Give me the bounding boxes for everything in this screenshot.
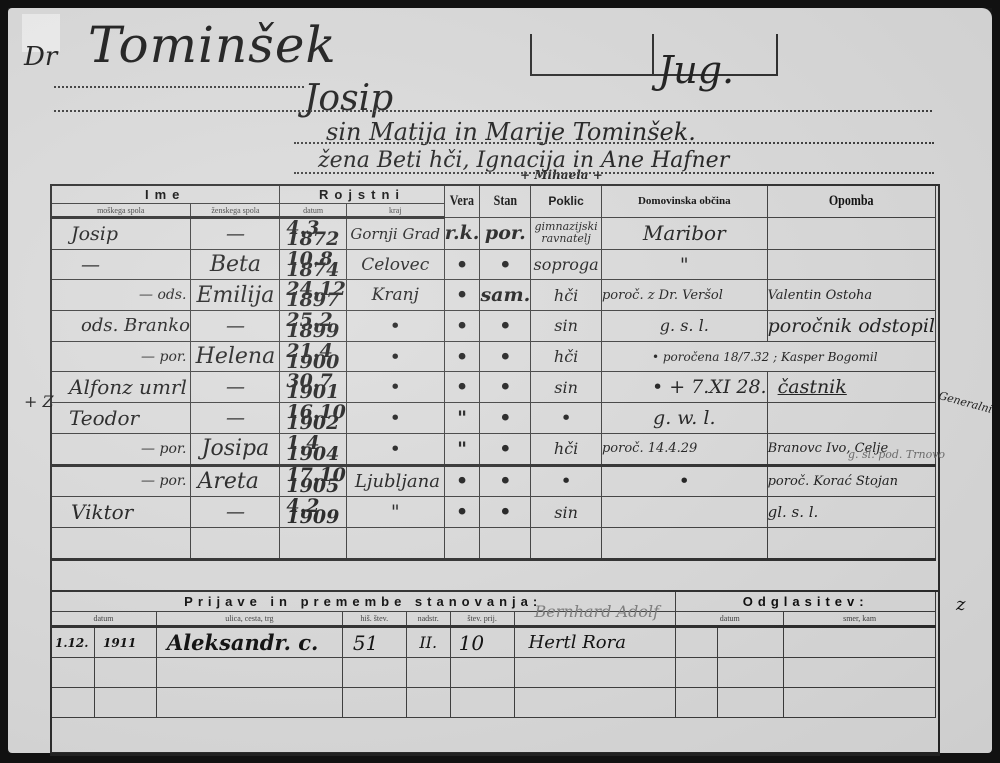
female-name: Emilija xyxy=(191,280,280,311)
home-municipality: • poročena 18/7.32 ; Kasper Bogomil xyxy=(601,341,935,372)
female-name: — xyxy=(191,218,280,250)
occupation: • xyxy=(531,403,602,434)
empty-cell xyxy=(51,527,191,559)
res-street: Aleksandr. c. xyxy=(156,627,342,658)
birth-date: 21.4 1900 xyxy=(280,341,347,372)
male-name: — por. xyxy=(51,465,191,497)
res-reg-no: 10 xyxy=(450,627,514,658)
religion: • xyxy=(444,311,480,342)
res-owner: Hertl Rora xyxy=(514,627,676,658)
empty-cell xyxy=(342,688,406,718)
empty-cell xyxy=(94,688,156,718)
table-row: Alfonz umrl — 30.7 1901 • • • sin • + 7.… xyxy=(51,372,936,403)
subheader-place: kraj xyxy=(346,204,444,218)
res-year: 1911 xyxy=(94,627,156,658)
empty-cell xyxy=(601,527,767,559)
family-table: Ime Rojstni Vera Stan Poklic Domovinska … xyxy=(50,184,936,561)
male-name: — ods. xyxy=(51,280,191,311)
subheader-street: ulica, cesta, trg xyxy=(156,612,342,627)
male-name: — por. xyxy=(51,433,191,465)
subheader-odgl-date: datum xyxy=(676,612,784,627)
surname: Tominšek xyxy=(88,16,337,74)
subheader-owner: Bernhard Adolf xyxy=(514,612,676,627)
registration-card: Dr Tominšek Jug. Josip sin Matija in Mar… xyxy=(8,8,992,753)
table-row: ods. Branko — 25.2 1899 • • • sin g. s. … xyxy=(51,311,936,342)
title-prefix: Dr xyxy=(24,42,57,72)
header-rojstni: Rojstni xyxy=(280,185,444,204)
birth-place: Ljubljana xyxy=(346,465,444,497)
empty-cell xyxy=(450,658,514,688)
occupation: gimnazijski ravnatelj xyxy=(531,218,602,250)
female-name: — xyxy=(191,497,280,528)
birth-date: 30.7 1901 xyxy=(280,372,347,403)
empty-cell xyxy=(767,527,935,559)
remark: Valentin Ostoha xyxy=(767,280,935,311)
number-box-value: Jug. xyxy=(658,48,734,92)
empty-cell xyxy=(406,658,450,688)
subheader-female: ženskega spola xyxy=(191,204,280,218)
home-municipality: Maribor xyxy=(601,218,767,250)
birth-place: Kranj xyxy=(346,280,444,311)
empty-cell xyxy=(346,527,444,559)
status: • xyxy=(480,465,531,497)
empty-cell xyxy=(676,688,718,718)
male-name: Alfonz umrl xyxy=(51,372,191,403)
empty-cell xyxy=(156,658,342,688)
male-name: — por. xyxy=(51,341,191,372)
status: • xyxy=(480,497,531,528)
religion: r.k. xyxy=(444,218,480,250)
religion: • xyxy=(444,497,480,528)
religion: " xyxy=(444,433,480,465)
given-name: Josip xyxy=(304,78,393,119)
occupation: sin xyxy=(531,372,602,403)
odgl-day xyxy=(676,627,718,658)
birth-place: • xyxy=(346,372,444,403)
spouse-correction: + Mihaela + xyxy=(520,168,603,182)
header-domovinska: Domovinska občina xyxy=(601,185,767,218)
birth-place: • xyxy=(346,341,444,372)
birth-date: 24.12 1897 xyxy=(280,280,347,311)
empty-cell xyxy=(51,658,95,688)
female-name: Beta xyxy=(191,249,280,280)
number-box: Jug. xyxy=(530,34,778,76)
remark: častnik xyxy=(767,372,935,403)
male-name: Josip xyxy=(51,218,191,250)
birth-date: 16.10 1902 xyxy=(280,403,347,434)
subheader-reg-no: štev. prij. xyxy=(450,612,514,627)
table-row: — ods. Emilija 24.12 1897 Kranj • sam. h… xyxy=(51,280,936,311)
male-name: Teodor xyxy=(51,403,191,434)
table-row: Teodor — 16.10 1902 • " • • g. w. l. xyxy=(51,403,936,434)
status: • xyxy=(480,403,531,434)
empty-cell xyxy=(480,527,531,559)
birth-date: 1.4 1904 xyxy=(280,433,347,465)
birth-date: 4.3 1872 xyxy=(280,218,347,250)
margin-note-alfonz: + Z xyxy=(24,392,54,411)
empty-cell xyxy=(531,527,602,559)
remark: gl. s. l. xyxy=(767,497,935,528)
odgl-direction xyxy=(784,627,936,658)
female-name: Areta xyxy=(191,465,280,497)
male-name: Viktor xyxy=(51,497,191,528)
birth-date: 17.10 1905 xyxy=(280,465,347,497)
empty-cell xyxy=(51,688,95,718)
religion: " xyxy=(444,403,480,434)
remark: poročnik odstopil xyxy=(767,311,935,342)
remark xyxy=(767,249,935,280)
remark xyxy=(767,403,935,434)
status: • xyxy=(480,372,531,403)
religion: • xyxy=(444,280,480,311)
religion: • xyxy=(444,465,480,497)
empty-cell xyxy=(342,658,406,688)
occupation: hči xyxy=(531,341,602,372)
male-name: — xyxy=(51,249,191,280)
subheader-res-date: datum xyxy=(51,612,157,627)
home-municipality: • + 7.XI 28. xyxy=(601,372,767,403)
home-municipality: • xyxy=(601,465,767,497)
religion: • xyxy=(444,249,480,280)
home-municipality: g. s. l. xyxy=(601,311,767,342)
female-name: — xyxy=(191,403,280,434)
occupation: hči xyxy=(531,433,602,465)
empty-cell xyxy=(156,688,342,718)
home-municipality: poroč. 14.4.29 xyxy=(601,433,767,465)
religion: • xyxy=(444,341,480,372)
birth-date: 10.8 1874 xyxy=(280,249,347,280)
birth-place: Celovec xyxy=(346,249,444,280)
male-name: ods. Branko xyxy=(51,311,191,342)
subheader-direction: smer, kam xyxy=(784,612,936,627)
female-name: — xyxy=(191,372,280,403)
residence-row: 1.12. 1911 Aleksandr. c. 51 II. 10 Hertl… xyxy=(51,627,936,658)
parents-dotline xyxy=(294,142,934,144)
status: • xyxy=(480,433,531,465)
home-municipality xyxy=(601,497,767,528)
female-name: Josipa xyxy=(191,433,280,465)
home-municipality: poroč. z Dr. Veršol xyxy=(601,280,767,311)
margin-note-generalni: Generalni xyxy=(937,389,993,416)
status: • xyxy=(480,341,531,372)
header-poklic: Poklic xyxy=(531,185,602,218)
empty-cell xyxy=(784,688,936,718)
religion: • xyxy=(444,372,480,403)
occupation: sin xyxy=(531,497,602,528)
birth-place: • xyxy=(346,433,444,465)
residence-table: Prijave in premembe stanovanja: Odglasit… xyxy=(50,590,936,718)
table-row: — por. Areta 17.10 1905 Ljubljana • • • … xyxy=(51,465,936,497)
birth-date: 25.2 1899 xyxy=(280,311,347,342)
birth-place: • xyxy=(346,311,444,342)
subheader-floor: nadstr. xyxy=(406,612,450,627)
table-row: Josip — 4.3 1872 Gornji Grad r.k. por. g… xyxy=(51,218,936,250)
empty-cell xyxy=(718,688,784,718)
empty-cell xyxy=(444,527,480,559)
birth-date: 4.2 1909 xyxy=(280,497,347,528)
remark: poroč. Korać Stojan xyxy=(767,465,935,497)
subheader-male: moškega spola xyxy=(51,204,191,218)
header-stan: Stan xyxy=(485,185,526,218)
odgl-date xyxy=(718,627,784,658)
occupation: sin xyxy=(531,311,602,342)
home-municipality: " xyxy=(601,249,767,280)
empty-cell xyxy=(94,658,156,688)
status: sam. xyxy=(480,280,531,311)
empty-cell xyxy=(191,527,280,559)
remark xyxy=(767,218,935,250)
status: • xyxy=(480,249,531,280)
owner-faint-name: Bernhard Adolf xyxy=(535,602,659,621)
status: por. xyxy=(480,218,531,250)
birth-place: • xyxy=(346,403,444,434)
res-day: 1.12. xyxy=(51,627,95,658)
empty-cell xyxy=(784,658,936,688)
margin-mark: z xyxy=(956,594,965,615)
header-ime: Ime xyxy=(51,185,280,204)
birth-place: " xyxy=(346,497,444,528)
empty-cell xyxy=(676,658,718,688)
female-name: — xyxy=(191,311,280,342)
subheader-date: datum xyxy=(280,204,347,218)
table-row: — por. Josipa 1.4 1904 • " • hči poroč. … xyxy=(51,433,936,465)
female-name: Helena xyxy=(191,341,280,372)
table-row xyxy=(51,527,936,559)
deregistration-title: Odglasitev: xyxy=(676,591,936,612)
table-row: — Beta 10.8 1874 Celovec • • soproga " xyxy=(51,249,936,280)
res-floor: II. xyxy=(406,627,450,658)
status: • xyxy=(480,311,531,342)
header-opomba: Opomba xyxy=(784,185,919,218)
empty-cell xyxy=(514,658,676,688)
res-house-no: 51 xyxy=(342,627,406,658)
given-name-line xyxy=(54,110,932,112)
residence-row xyxy=(51,688,936,718)
table-row: Viktor — 4.2 1909 " • • sin gl. s. l. xyxy=(51,497,936,528)
occupation: hči xyxy=(531,280,602,311)
empty-cell xyxy=(514,688,676,718)
table-row: — por. Helena 21.4 1900 • • • hči • poro… xyxy=(51,341,936,372)
surname-line xyxy=(54,86,304,88)
spouse-dotline xyxy=(294,172,934,174)
empty-cell xyxy=(280,527,347,559)
empty-cell xyxy=(450,688,514,718)
birth-place: Gornji Grad xyxy=(346,218,444,250)
occupation: • xyxy=(531,465,602,497)
subheader-house-no: hiš. štev. xyxy=(342,612,406,627)
header-vera: Vera xyxy=(448,185,477,218)
residence-row xyxy=(51,658,936,688)
home-municipality: g. w. l. xyxy=(601,403,767,434)
margin-note-faint: g. sl. pod. Trnovo xyxy=(848,448,945,461)
empty-cell xyxy=(406,688,450,718)
occupation: soproga xyxy=(531,249,602,280)
empty-cell xyxy=(718,658,784,688)
